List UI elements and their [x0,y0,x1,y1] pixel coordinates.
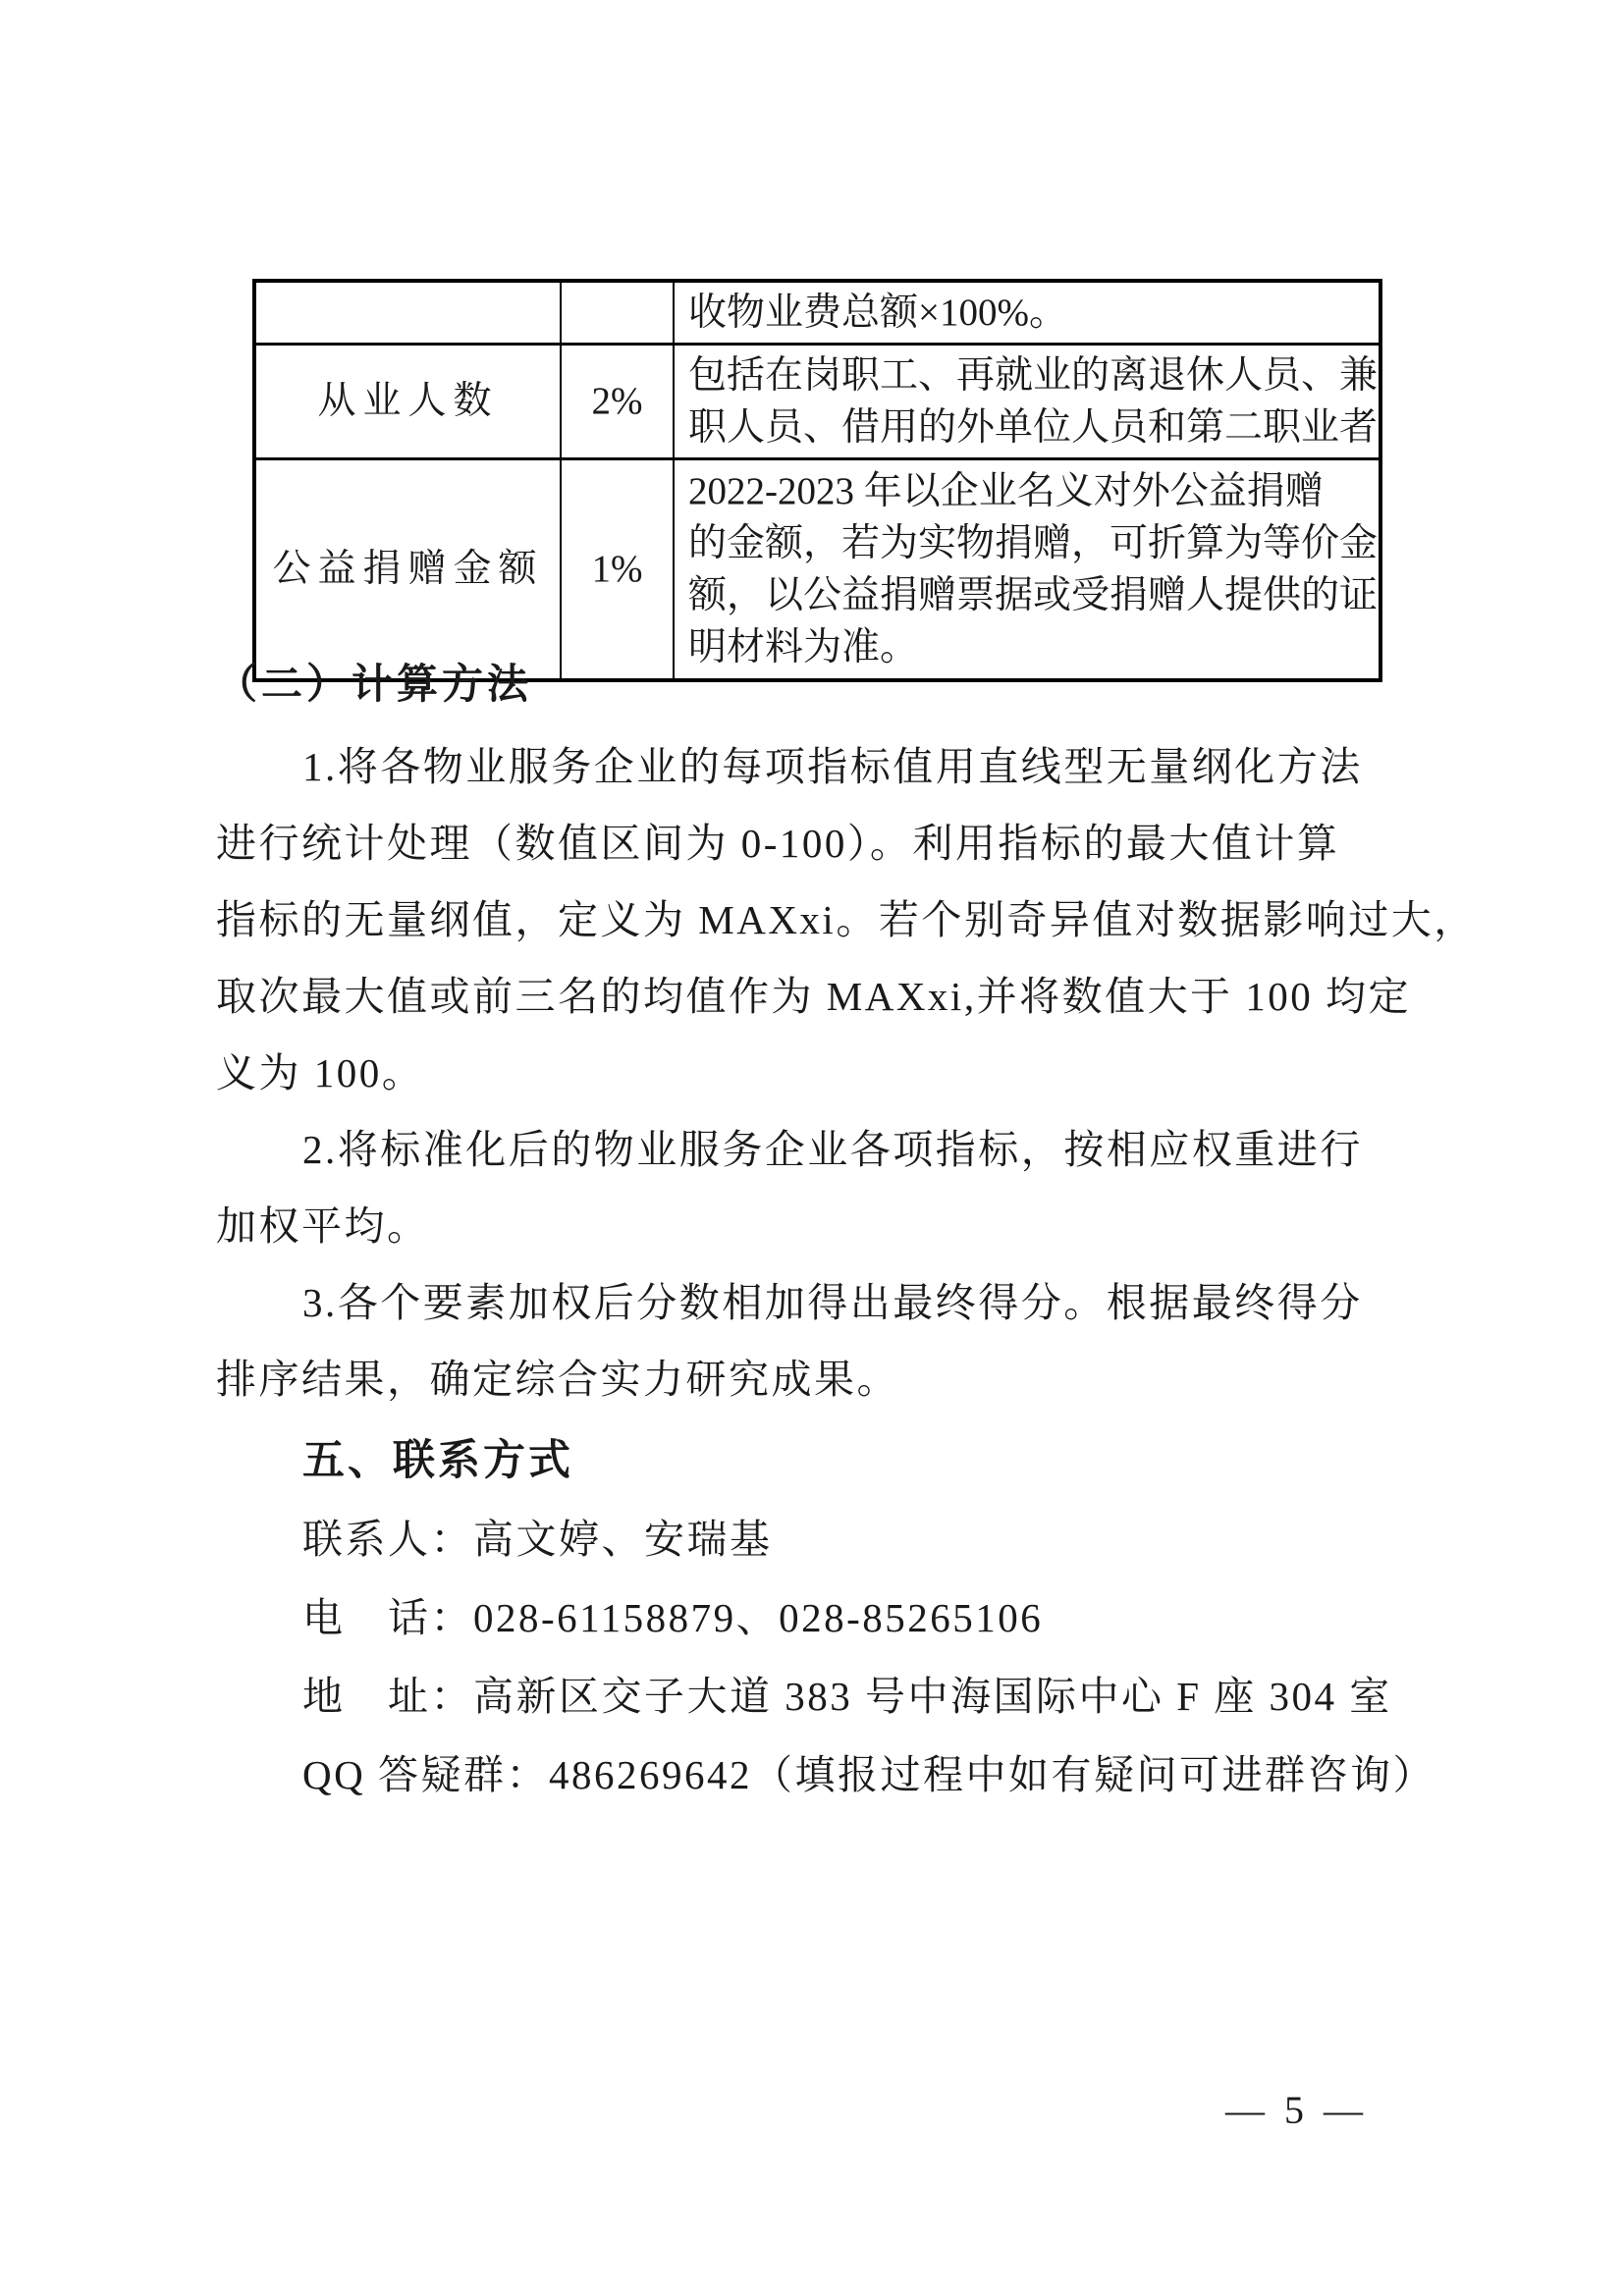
description-line: 2022-2023 年以企业名义对外公益捐赠 [688,465,1369,517]
body-line: 排序结果，确定综合实力研究成果。 [216,1341,1363,1417]
section-heading-contact-info: 五、联系方式 [216,1421,573,1500]
paragraph-final-score: 3.各个要素加权后分数相加得出最终得分。根据最终得分 排序结果，确定综合实力研究… [216,1264,1363,1417]
body-line: 取次最大值或前三名的均值作为 MAXxi,并将数值大于 100 均定 [216,958,1477,1035]
description-line: 明材料为准。 [688,621,1369,673]
contact-phone-line: 电 话：028-61158879、028-85265106 [216,1578,1435,1657]
description-line: 的金额，若为实物捐赠，可折算为等价金 [688,517,1369,569]
document-page: 收物业费总额×100%。 从业人数 2% 包括在岗职工、再就业的离退休人员、兼 … [0,0,1624,2296]
body-line: 进行统计处理（数值区间为 0-100）。利用指标的最大值计算 [216,805,1477,881]
description-line: 包括在岗职工、再就业的离退休人员、兼 [688,349,1369,401]
table-row-staff-count: 从业人数 2% 包括在岗职工、再就业的离退休人员、兼 职人员、借用的外单位人员和… [254,345,1380,459]
paragraph-dimensionless-method: 1.将各物业服务企业的每项指标值用直线型无量纲化方法 进行统计处理（数值区间为 … [216,728,1477,1111]
indicator-name-cell [254,281,561,345]
description-line: 职人员、借用的外单位人员和第二职业者 [688,401,1369,454]
body-line: 3.各个要素加权后分数相加得出最终得分。根据最终得分 [216,1264,1363,1341]
page-number: — 5 — [1225,2087,1368,2133]
weight-cell: 2% [561,345,674,459]
weight-cell: 1% [561,459,674,681]
description-cell: 收物业费总额×100%。 [674,281,1380,345]
description-line: 额，以公益捐赠票据或受捐赠人提供的证 [688,569,1369,621]
description-cell: 包括在岗职工、再就业的离退休人员、兼 职人员、借用的外单位人员和第二职业者 [674,345,1380,459]
body-line: 2.将标准化后的物业服务企业各项指标，按相应权重进行 [216,1111,1363,1188]
paragraph-weighted-average: 2.将标准化后的物业服务企业各项指标，按相应权重进行 加权平均。 [216,1111,1363,1264]
contact-info-block: 联系人：高文婷、安瑞基 电 话：028-61158879、028-8526510… [216,1500,1435,1814]
weight-cell [561,281,674,345]
table-row-spill: 收物业费总额×100%。 [254,281,1380,345]
table-row-donation-amount: 公益捐赠金额 1% 2022-2023 年以企业名义对外公益捐赠 的金额，若为实… [254,459,1380,681]
description-line: 收物业费总额×100%。 [688,287,1369,339]
description-cell: 2022-2023 年以企业名义对外公益捐赠 的金额，若为实物捐赠，可折算为等价… [674,459,1380,681]
body-line: 1.将各物业服务企业的每项指标值用直线型无量纲化方法 [216,728,1477,805]
contact-qq-group-line: QQ 答疑群：486269642（填报过程中如有疑问可进群咨询） [216,1735,1435,1814]
section-heading-calculation-method: （二）计算方法 [216,652,532,711]
indicator-name-cell: 公益捐赠金额 [254,459,561,681]
body-line: 义为 100。 [216,1035,1477,1111]
indicator-weight-table: 收物业费总额×100%。 从业人数 2% 包括在岗职工、再就业的离退休人员、兼 … [252,279,1382,682]
contact-address-line: 地 址：高新区交子大道 383 号中海国际中心 F 座 304 室 [216,1657,1435,1735]
body-line: 加权平均。 [216,1188,1363,1264]
contact-person-line: 联系人：高文婷、安瑞基 [216,1500,1435,1578]
body-line: 指标的无量纲值，定义为 MAXxi。若个别奇异值对数据影响过大， [216,881,1477,958]
indicator-name-cell: 从业人数 [254,345,561,459]
